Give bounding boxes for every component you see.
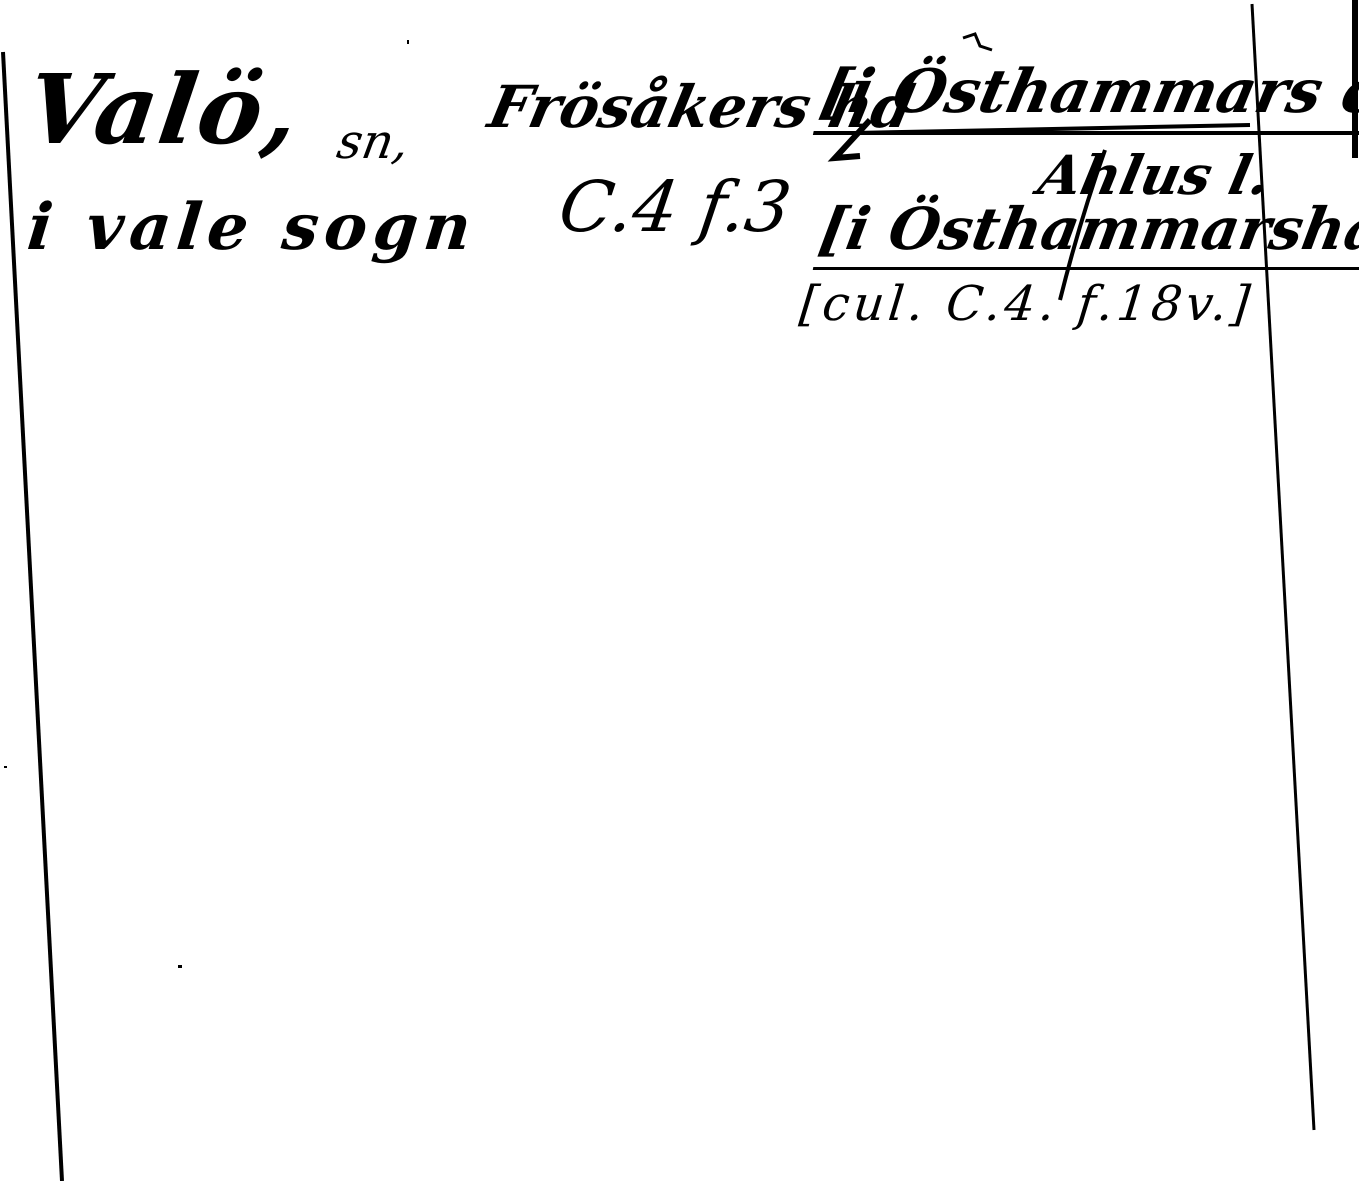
bracket-note-2: [i Östhammarshärad] <box>815 200 1359 258</box>
diacritic-mark <box>963 34 992 50</box>
bracket-note-3: [cul. C.4. f.18v.] <box>797 280 1256 328</box>
place-name: Valö, <box>21 62 306 158</box>
bracket-note-2-text: [i Östhammarshärad] <box>813 195 1359 270</box>
right-label: Ahlus l. <box>1034 148 1275 202</box>
bracket-note-1: [i Östhammars öd.] <box>816 62 1359 122</box>
bracket-note-1-text: [i Östhammars öd.] <box>813 57 1359 135</box>
ink-speck <box>407 40 409 44</box>
ink-speck <box>178 965 182 968</box>
ink-speck <box>4 766 7 768</box>
parish-abbrev: sn, <box>334 118 413 166</box>
source-reference: C.4 f.3 <box>555 172 795 242</box>
index-card: Valö, sn, Frösåkers hd [i Östhammars öd.… <box>0 0 1359 1181</box>
danish-parish-text: i vale sogn <box>25 196 480 260</box>
